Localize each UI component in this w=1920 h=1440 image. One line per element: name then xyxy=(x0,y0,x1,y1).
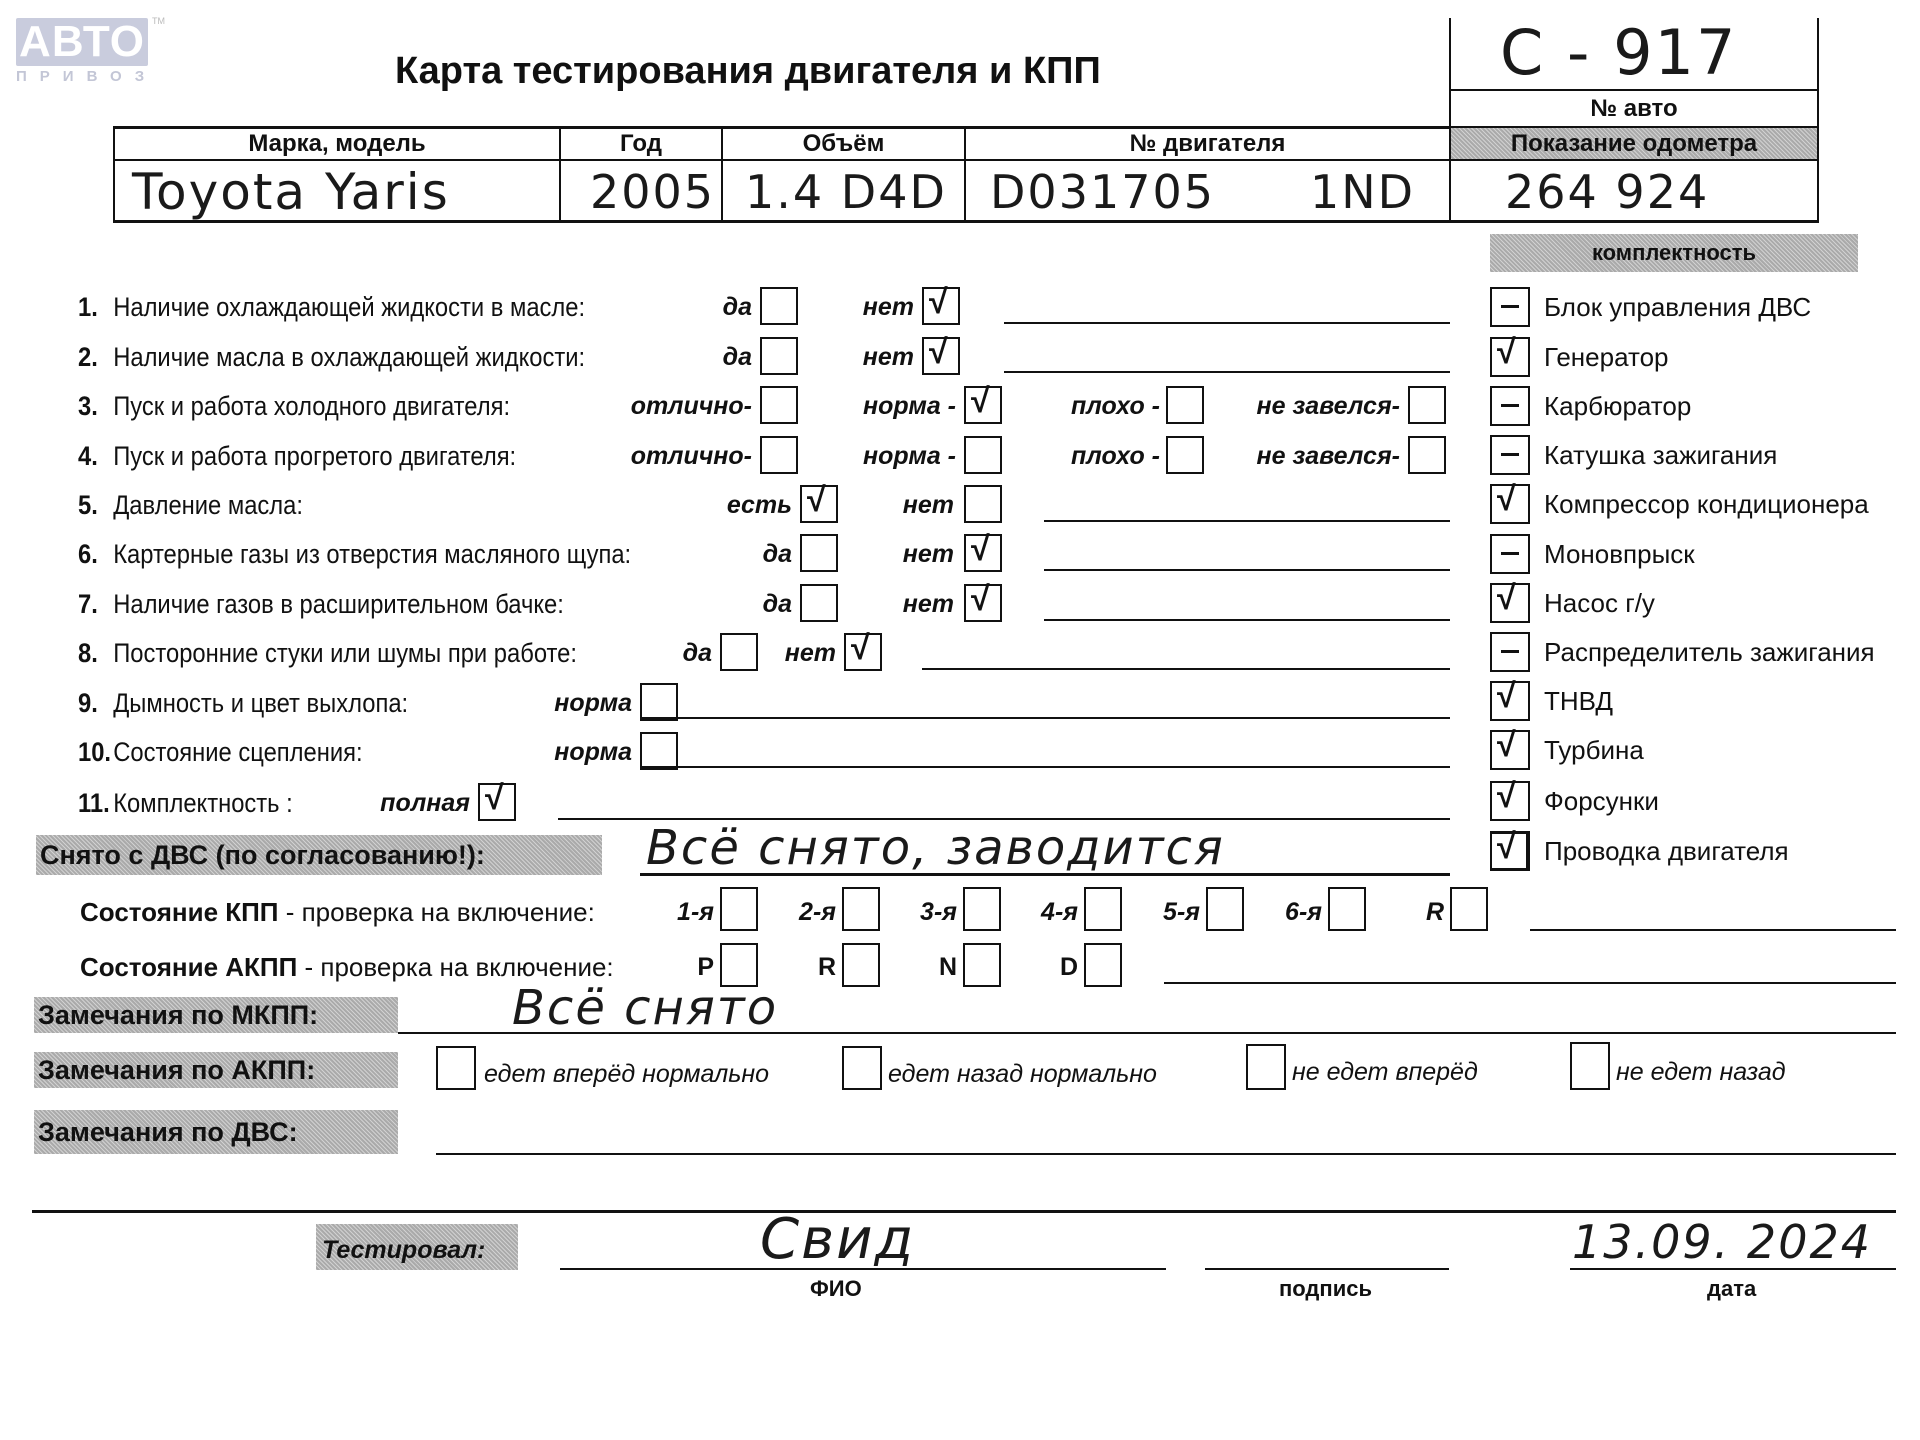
option-forward-normal: едет вперёд нормально xyxy=(484,1058,769,1090)
checkbox-row-7-da[interactable] xyxy=(800,584,838,622)
kpp-gear-checkbox[interactable] xyxy=(1450,887,1488,931)
option-label: отлично- xyxy=(600,440,752,472)
removed-label: Снято с ДВС (по согласованию!): xyxy=(34,837,491,873)
check-row-8-label: 8.Посторонние стуки или шумы при работе: xyxy=(78,637,577,669)
checkbox-row-1-net[interactable] xyxy=(922,287,960,325)
completeness-item-label: Проводка двигателя xyxy=(1544,835,1789,867)
completeness-checkbox[interactable] xyxy=(1490,386,1530,426)
option-no-forward: не едет вперёд xyxy=(1292,1056,1478,1088)
option-label: нет xyxy=(890,489,954,521)
date-value[interactable]: 13.09. 2024 xyxy=(1572,1214,1872,1270)
removed-value[interactable]: Всё снято, заводится xyxy=(646,818,1225,878)
checkbox-row-9-normal[interactable] xyxy=(640,683,678,721)
option-label: норма - xyxy=(840,440,956,472)
checkbox-row-8-da[interactable] xyxy=(720,633,758,671)
engine-number-value[interactable]: D031705 xyxy=(990,162,1215,222)
option-label: норма xyxy=(540,736,632,768)
completeness-item-label: Форсунки xyxy=(1544,785,1659,817)
checkbox-row-3-bad[interactable] xyxy=(1166,386,1204,424)
completeness-item-label: Турбина xyxy=(1544,734,1644,766)
kpp-gear-checkbox[interactable] xyxy=(1206,887,1244,931)
completeness-header: комплектность xyxy=(1490,234,1858,272)
akpp-gear-label: N xyxy=(923,951,957,983)
checkbox-row-3-normal[interactable] xyxy=(964,386,1002,424)
checkbox-row-4-no-start[interactable] xyxy=(1408,436,1446,474)
signature-label: подпись xyxy=(1279,1276,1372,1302)
date-label: дата xyxy=(1707,1276,1756,1302)
checkbox-row-7-net[interactable] xyxy=(964,584,1002,622)
option-label: да xyxy=(690,291,752,323)
option-label: нет xyxy=(850,341,914,373)
notes-line[interactable] xyxy=(640,717,1450,719)
notes-line[interactable] xyxy=(1004,371,1450,373)
completeness-item-label: Компрессор кондиционера xyxy=(1544,488,1869,520)
akpp-gear-label: R xyxy=(802,951,836,983)
fio-label: ФИО xyxy=(810,1276,862,1302)
checkbox-row-2-net[interactable] xyxy=(922,337,960,375)
page-title: Карта тестирования двигателя и КПП xyxy=(395,50,1101,93)
option-label: нет xyxy=(890,538,954,570)
check-row-5-label: 5.Давление масла: xyxy=(78,489,303,521)
checkbox-row-1-da[interactable] xyxy=(760,287,798,325)
completeness-checkbox[interactable] xyxy=(1490,337,1530,377)
option-label: да xyxy=(690,341,752,373)
completeness-checkbox[interactable] xyxy=(1490,287,1530,327)
remarks-mkpp-line xyxy=(398,1032,1896,1034)
completeness-checkbox[interactable] xyxy=(1490,435,1530,475)
kpp-gear-label: 1-я xyxy=(652,896,714,928)
kpp-gear-label: 2-я xyxy=(774,896,836,928)
option-no-backward: не едет назад xyxy=(1616,1056,1786,1088)
engine-code-value[interactable]: 1ND xyxy=(1310,162,1415,222)
completeness-item-label: Распределитель зажигания xyxy=(1544,636,1875,668)
check-row-2-label: 2.Наличие масла в охлаждающей жидкости: xyxy=(78,341,585,373)
option-label: да xyxy=(730,588,792,620)
option-label: отлично- xyxy=(600,390,752,422)
check-row-10-label: 10.Состояние сцепления: xyxy=(78,736,363,768)
odometer-value[interactable]: 264 924 xyxy=(1505,162,1709,222)
completeness-item-label: Карбюратор xyxy=(1544,390,1691,422)
kpp-gear-checkbox[interactable] xyxy=(720,887,758,931)
header-odometer: Показание одометра xyxy=(1451,127,1817,160)
checkbox-row-4-normal[interactable] xyxy=(964,436,1002,474)
check-row-1-label: 1.Наличие охлаждающей жидкости в масле: xyxy=(78,291,585,323)
option-label: плохо - xyxy=(1050,390,1160,422)
divider xyxy=(1449,89,1819,91)
logo-subtitle: ПРИВОЗ xyxy=(16,68,148,85)
option-label: норма - xyxy=(840,390,956,422)
signature-line xyxy=(1205,1268,1449,1270)
check-row-7-label: 7.Наличие газов в расширительном бачке: xyxy=(78,588,564,620)
checkbox-no-forward[interactable] xyxy=(1246,1044,1286,1090)
akpp-gear-checkbox[interactable] xyxy=(842,943,880,987)
option-label: плохо - xyxy=(1050,440,1160,472)
header-engine-number: № двигателя xyxy=(966,127,1449,160)
checkbox-row-11-full[interactable] xyxy=(478,783,516,821)
check-row-11-label: 11.Комплектность : xyxy=(78,787,293,819)
kpp-gear-label: 6-я xyxy=(1260,896,1322,928)
notes-line[interactable] xyxy=(1004,322,1450,324)
kpp-gear-label: 5-я xyxy=(1138,896,1200,928)
option-label: не завелся- xyxy=(1230,390,1400,422)
checkbox-row-5-yes[interactable] xyxy=(800,485,838,523)
kpp-gear-checkbox[interactable] xyxy=(842,887,880,931)
notes-line[interactable] xyxy=(1044,569,1450,571)
volume-value[interactable]: 1.4 D4D xyxy=(745,162,947,222)
logo-trademark: TM xyxy=(152,16,165,26)
tested-by-label: Тестировал: xyxy=(322,1236,485,1265)
completeness-item-label: Генератор xyxy=(1544,341,1669,373)
option-label: полная xyxy=(370,787,470,819)
option-label: есть xyxy=(720,489,792,521)
option-label: нет xyxy=(890,588,954,620)
tester-signature[interactable]: Свид xyxy=(760,1205,915,1275)
check-row-3-label: 3.Пуск и работа холодного двигателя: xyxy=(78,390,510,422)
fio-line xyxy=(560,1268,1166,1270)
option-label: не завелся- xyxy=(1230,440,1400,472)
checkbox-row-6-net[interactable] xyxy=(964,534,1002,572)
checkbox-row-3-no-start[interactable] xyxy=(1408,386,1446,424)
notes-line[interactable] xyxy=(922,668,1450,670)
completeness-checkbox[interactable] xyxy=(1490,632,1530,672)
option-label: нет xyxy=(770,637,836,669)
checkbox-row-10-normal[interactable] xyxy=(640,732,678,770)
completeness-item-label: Катушка зажигания xyxy=(1544,439,1777,471)
car-number-label: № авто xyxy=(1451,93,1817,125)
logo: АВТО xyxy=(16,18,148,66)
option-label: да xyxy=(730,538,792,570)
notes-line[interactable] xyxy=(640,766,1450,768)
completeness-checkbox[interactable] xyxy=(1490,583,1530,623)
remarks-akpp-label: Замечания по АКПП: xyxy=(32,1052,321,1088)
checkbox-row-6-da[interactable] xyxy=(800,534,838,572)
header-make-model: Марка, модель xyxy=(115,127,559,160)
akpp-gear-checkbox[interactable] xyxy=(1084,943,1122,987)
akpp-notes-line[interactable] xyxy=(1164,982,1896,984)
completeness-item-label: Блок управления ДВС xyxy=(1544,291,1811,323)
check-row-9-label: 9.Дымность и цвет выхлопа: xyxy=(78,687,408,719)
option-label: норма xyxy=(540,687,632,719)
remarks-mkpp-value[interactable]: Всё снято xyxy=(512,978,778,1038)
completeness-checkbox[interactable] xyxy=(1490,534,1530,574)
remarks-dvs-label: Замечания по ДВС: xyxy=(32,1114,304,1150)
completeness-checkbox[interactable] xyxy=(1490,681,1530,721)
remarks-dvs-line[interactable] xyxy=(436,1153,1896,1155)
kpp-gear-checkbox[interactable] xyxy=(1328,887,1366,931)
checkbox-no-backward[interactable] xyxy=(1570,1042,1610,1090)
divider xyxy=(1817,18,1819,223)
kpp-gear-checkbox[interactable] xyxy=(963,887,1001,931)
completeness-checkbox-wiring-dup[interactable] xyxy=(1490,832,1528,870)
car-number-value[interactable]: C - 917 xyxy=(1500,18,1737,88)
footer-divider xyxy=(32,1210,1896,1213)
removed-line xyxy=(640,873,1450,876)
date-line xyxy=(1570,1268,1896,1270)
notes-line[interactable] xyxy=(1044,520,1450,522)
option-label: нет xyxy=(850,291,914,323)
year-value[interactable]: 2005 xyxy=(590,162,715,222)
header-year: Год xyxy=(561,127,721,160)
checkbox-row-5-no[interactable] xyxy=(964,485,1002,523)
checkbox-row-4-excellent[interactable] xyxy=(760,436,798,474)
kpp-gear-checkbox[interactable] xyxy=(1084,887,1122,931)
checkbox-forward-normal[interactable] xyxy=(436,1046,476,1090)
completeness-checkbox[interactable] xyxy=(1490,484,1530,524)
option-backward-normal: едет назад нормально xyxy=(888,1058,1157,1090)
checkbox-row-3-excellent[interactable] xyxy=(760,386,798,424)
checkbox-row-4-bad[interactable] xyxy=(1166,436,1204,474)
completeness-item-label: Моновпрыск xyxy=(1544,538,1695,570)
notes-line[interactable] xyxy=(1044,619,1450,621)
kpp-label: Состояние КПП - проверка на включение: xyxy=(80,896,595,928)
check-row-6-label: 6.Картерные газы из отверстия масляного … xyxy=(78,538,631,570)
checkbox-row-8-net[interactable] xyxy=(844,633,882,671)
remarks-mkpp-label: Замечания по МКПП: xyxy=(32,997,324,1033)
option-label: да xyxy=(650,637,712,669)
akpp-gear-label: D xyxy=(1044,951,1078,983)
checkbox-row-2-da[interactable] xyxy=(760,337,798,375)
check-row-4-label: 4.Пуск и работа прогретого двигателя: xyxy=(78,440,516,472)
completeness-checkbox[interactable] xyxy=(1490,730,1530,770)
header-volume: Объём xyxy=(723,127,964,160)
akpp-gear-checkbox[interactable] xyxy=(963,943,1001,987)
completeness-checkbox[interactable] xyxy=(1490,781,1530,821)
completeness-item-label: ТНВД xyxy=(1544,685,1613,717)
kpp-gear-label: 3-я xyxy=(895,896,957,928)
make-model-value[interactable]: Toyota Yaris xyxy=(132,162,450,222)
kpp-gear-label: 4-я xyxy=(1016,896,1078,928)
kpp-gear-label: R xyxy=(1382,896,1444,928)
checkbox-backward-normal[interactable] xyxy=(842,1046,882,1090)
completeness-item-label: Насос г/у xyxy=(1544,587,1655,619)
kpp-notes-line[interactable] xyxy=(1530,929,1896,931)
